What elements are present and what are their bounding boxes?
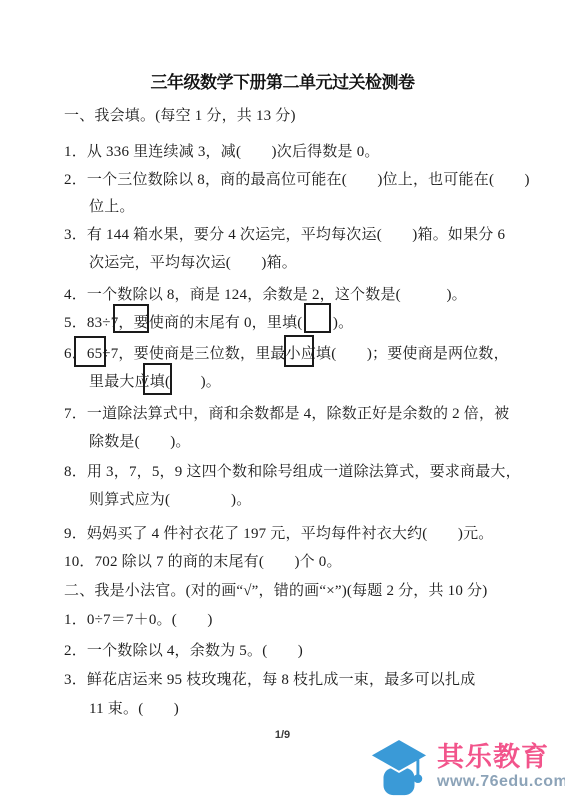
s1-question-7-line-1: 7．一道除法算式中，商和余数都是 4，除数正好是余数的 2 倍，被	[64, 402, 509, 423]
section1-heading: 一、我会填。(每空 1 分，共 13 分)	[64, 104, 296, 125]
worksheet-page: 三年级数学下册第二单元过关检测卷 一、我会填。(每空 1 分，共 13 分) 1…	[0, 0, 565, 800]
section2-heading: 二、我是小法官。(对的画“√”，错的画“×”)(每题 2 分，共 10 分)	[64, 579, 487, 600]
s1-question-10: 10．702 除以 7 的商的末尾有( )个 0。	[64, 550, 342, 571]
brand-name: 其乐教育	[437, 744, 565, 771]
s1-question-3-line-2: 次运完，平均每次运( )箱。	[89, 251, 297, 272]
brand-url: www.76edu.com	[437, 774, 565, 790]
s1-question-2-line-1: 2．一个三位数除以 8，商的最高位可能在( )位上，也可能在( )	[64, 168, 530, 189]
graduation-cap-icon	[368, 736, 430, 798]
blank-square-q6-dividend	[74, 336, 106, 367]
blank-square-q6-min-answer	[284, 335, 314, 367]
s1-question-2-line-2: 位上。	[89, 195, 135, 216]
s1-question-8-line-2: 则算式应为( )。	[89, 488, 251, 509]
s1-question-8-line-1: 8．用 3，7，5，9 这四个数和除号组成一道除法算式，要求商最大，	[64, 460, 521, 481]
s2-question-3-line-1: 3．鲜花店运来 95 枝玫瑰花，每 8 枝扎成一束，最多可以扎成	[64, 668, 475, 689]
s1-question-3-line-1: 3．有 144 箱水果，要分 4 次运完，平均每次运( )箱。如果分 6	[64, 223, 505, 244]
s2-question-1: 1．0÷7＝7＋0。( )	[64, 608, 213, 629]
s1-question-4: 4．一个数除以 8，商是 124，余数是 2，这个数是( )。	[64, 283, 467, 304]
s2-question-2: 2．一个数除以 4，余数为 5。( )	[64, 639, 303, 660]
brand-text: 其乐教育 www.76edu.com	[437, 744, 565, 790]
s2-question-3-line-2: 11 束。( )	[89, 697, 179, 718]
page-title: 三年级数学下册第二单元过关检测卷	[0, 68, 565, 93]
brand-logo: 其乐教育 www.76edu.com	[368, 736, 565, 798]
blank-square-q5-dividend	[113, 304, 149, 333]
s1-question-9: 9．妈妈买了 4 件衬衣花了 197 元，平均每件衬衣大约( )元。	[64, 522, 494, 543]
blank-square-q5-answer	[304, 303, 331, 333]
s1-question-1: 1．从 336 里连续减 3，减( )次后得数是 0。	[64, 140, 380, 161]
s1-question-7-line-2: 除数是( )。	[89, 430, 191, 451]
blank-square-q6-max-answer	[143, 363, 172, 395]
